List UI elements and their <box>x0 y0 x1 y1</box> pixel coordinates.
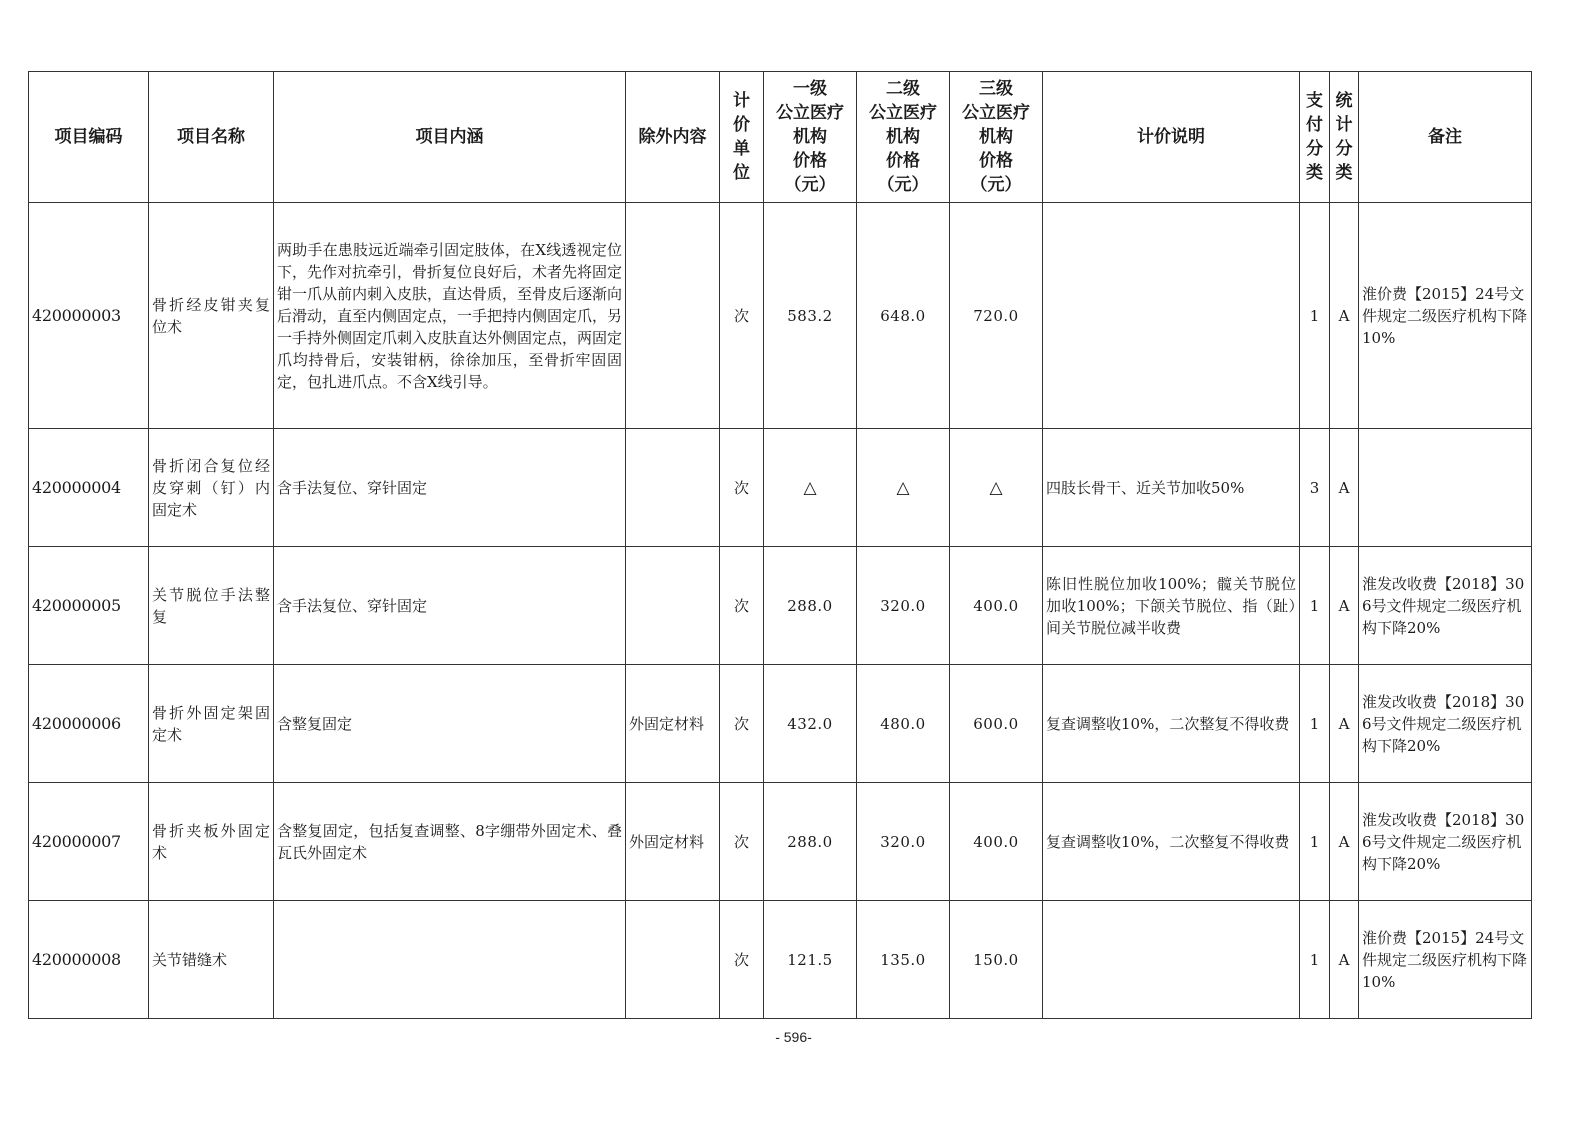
table-row: 420000003 骨折经皮钳夹复位术 两助手在患肢远近端牵引固定肢体，在X线透… <box>29 203 1532 429</box>
cell-exclusions <box>626 901 720 1019</box>
cell-name: 关节脱位手法整复 <box>149 547 274 665</box>
header-exclusions: 除外内容 <box>626 72 720 203</box>
cell-remarks <box>1359 429 1532 547</box>
cell-name: 骨折经皮钳夹复位术 <box>149 203 274 429</box>
cell-price-level3: △ <box>950 429 1043 547</box>
cell-unit: 次 <box>720 547 764 665</box>
header-price-level3: 三级 公立医疗 机构 价格 （元） <box>950 72 1043 203</box>
cell-payment-category: 1 <box>1300 203 1330 429</box>
header-name: 项目名称 <box>149 72 274 203</box>
cell-payment-category: 1 <box>1300 547 1330 665</box>
cell-remarks: 淮价费【2015】24号文件规定二级医疗机构下降10% <box>1359 901 1532 1019</box>
cell-remarks: 淮发改收费【2018】306号文件规定二级医疗机构下降20% <box>1359 783 1532 901</box>
cell-price-level1: 432.0 <box>764 665 857 783</box>
cell-price-level2: 135.0 <box>857 901 950 1019</box>
cell-content: 含整复固定 <box>274 665 626 783</box>
cell-stat-category: A <box>1330 783 1359 901</box>
cell-remarks: 淮发改收费【2018】306号文件规定二级医疗机构下降20% <box>1359 547 1532 665</box>
header-row: 项目编码 项目名称 项目内涵 除外内容 计 价 单 位 一级 公立医疗 机构 价… <box>29 72 1532 203</box>
cell-exclusions <box>626 547 720 665</box>
cell-code: 420000006 <box>29 665 149 783</box>
cell-price-level2: 648.0 <box>857 203 950 429</box>
table-row: 420000006 骨折外固定架固定术 含整复固定 外固定材料 次 432.0 … <box>29 665 1532 783</box>
cell-unit: 次 <box>720 429 764 547</box>
medical-fee-table: 项目编码 项目名称 项目内涵 除外内容 计 价 单 位 一级 公立医疗 机构 价… <box>28 71 1532 1019</box>
cell-exclusions: 外固定材料 <box>626 665 720 783</box>
cell-code: 420000005 <box>29 547 149 665</box>
cell-price-level3: 150.0 <box>950 901 1043 1019</box>
cell-price-level1: 583.2 <box>764 203 857 429</box>
cell-price-level1: △ <box>764 429 857 547</box>
cell-content: 含手法复位、穿针固定 <box>274 429 626 547</box>
cell-price-level1: 121.5 <box>764 901 857 1019</box>
cell-name: 骨折闭合复位经皮穿刺（钉）内固定术 <box>149 429 274 547</box>
cell-unit: 次 <box>720 203 764 429</box>
cell-price-level2: 320.0 <box>857 783 950 901</box>
header-price-level1: 一级 公立医疗 机构 价格 （元） <box>764 72 857 203</box>
header-code: 项目编码 <box>29 72 149 203</box>
cell-code: 420000007 <box>29 783 149 901</box>
cell-pricing-notes <box>1043 901 1300 1019</box>
cell-code: 420000004 <box>29 429 149 547</box>
cell-price-level1: 288.0 <box>764 547 857 665</box>
table-row: 420000005 关节脱位手法整复 含手法复位、穿针固定 次 288.0 32… <box>29 547 1532 665</box>
cell-exclusions <box>626 429 720 547</box>
header-stat-category: 统 计 分 类 <box>1330 72 1359 203</box>
cell-name: 骨折夹板外固定术 <box>149 783 274 901</box>
table-row: 420000004 骨折闭合复位经皮穿刺（钉）内固定术 含手法复位、穿针固定 次… <box>29 429 1532 547</box>
cell-stat-category: A <box>1330 203 1359 429</box>
cell-price-level3: 720.0 <box>950 203 1043 429</box>
cell-payment-category: 3 <box>1300 429 1330 547</box>
table-row: 420000008 关节错缝术 次 121.5 135.0 150.0 1 A … <box>29 901 1532 1019</box>
cell-remarks: 淮发改收费【2018】306号文件规定二级医疗机构下降20% <box>1359 665 1532 783</box>
header-remarks: 备注 <box>1359 72 1532 203</box>
cell-code: 420000008 <box>29 901 149 1019</box>
cell-pricing-notes: 复查调整收10%，二次整复不得收费 <box>1043 665 1300 783</box>
cell-name: 骨折外固定架固定术 <box>149 665 274 783</box>
cell-stat-category: A <box>1330 665 1359 783</box>
header-payment-category: 支 付 分 类 <box>1300 72 1330 203</box>
cell-payment-category: 1 <box>1300 901 1330 1019</box>
document-page: 项目编码 项目名称 项目内涵 除外内容 计 价 单 位 一级 公立医疗 机构 价… <box>0 0 1587 1122</box>
page-number: - 596- <box>0 1029 1587 1045</box>
cell-pricing-notes <box>1043 203 1300 429</box>
cell-payment-category: 1 <box>1300 665 1330 783</box>
cell-stat-category: A <box>1330 429 1359 547</box>
cell-content: 含整复固定，包括复查调整、8字绷带外固定术、叠瓦氏外固定术 <box>274 783 626 901</box>
cell-pricing-notes: 四肢长骨干、近关节加收50% <box>1043 429 1300 547</box>
cell-content: 两助手在患肢远近端牵引固定肢体，在X线透视定位下，先作对抗牵引，骨折复位良好后，… <box>274 203 626 429</box>
cell-payment-category: 1 <box>1300 783 1330 901</box>
cell-content: 含手法复位、穿针固定 <box>274 547 626 665</box>
header-price-level2: 二级 公立医疗 机构 价格 （元） <box>857 72 950 203</box>
cell-code: 420000003 <box>29 203 149 429</box>
cell-remarks: 淮价费【2015】24号文件规定二级医疗机构下降10% <box>1359 203 1532 429</box>
header-content: 项目内涵 <box>274 72 626 203</box>
cell-price-level2: 480.0 <box>857 665 950 783</box>
cell-exclusions: 外固定材料 <box>626 783 720 901</box>
cell-content <box>274 901 626 1019</box>
cell-unit: 次 <box>720 665 764 783</box>
cell-price-level2: 320.0 <box>857 547 950 665</box>
table-row: 420000007 骨折夹板外固定术 含整复固定，包括复查调整、8字绷带外固定术… <box>29 783 1532 901</box>
header-pricing-notes: 计价说明 <box>1043 72 1300 203</box>
cell-price-level3: 600.0 <box>950 665 1043 783</box>
cell-name: 关节错缝术 <box>149 901 274 1019</box>
cell-unit: 次 <box>720 783 764 901</box>
cell-unit: 次 <box>720 901 764 1019</box>
cell-pricing-notes: 陈旧性脱位加收100%；髋关节脱位加收100%；下颌关节脱位、指（趾）间关节脱位… <box>1043 547 1300 665</box>
cell-stat-category: A <box>1330 547 1359 665</box>
cell-price-level1: 288.0 <box>764 783 857 901</box>
cell-price-level3: 400.0 <box>950 783 1043 901</box>
cell-pricing-notes: 复查调整收10%，二次整复不得收费 <box>1043 783 1300 901</box>
cell-price-level3: 400.0 <box>950 547 1043 665</box>
cell-price-level2: △ <box>857 429 950 547</box>
header-unit: 计 价 单 位 <box>720 72 764 203</box>
cell-exclusions <box>626 203 720 429</box>
cell-stat-category: A <box>1330 901 1359 1019</box>
